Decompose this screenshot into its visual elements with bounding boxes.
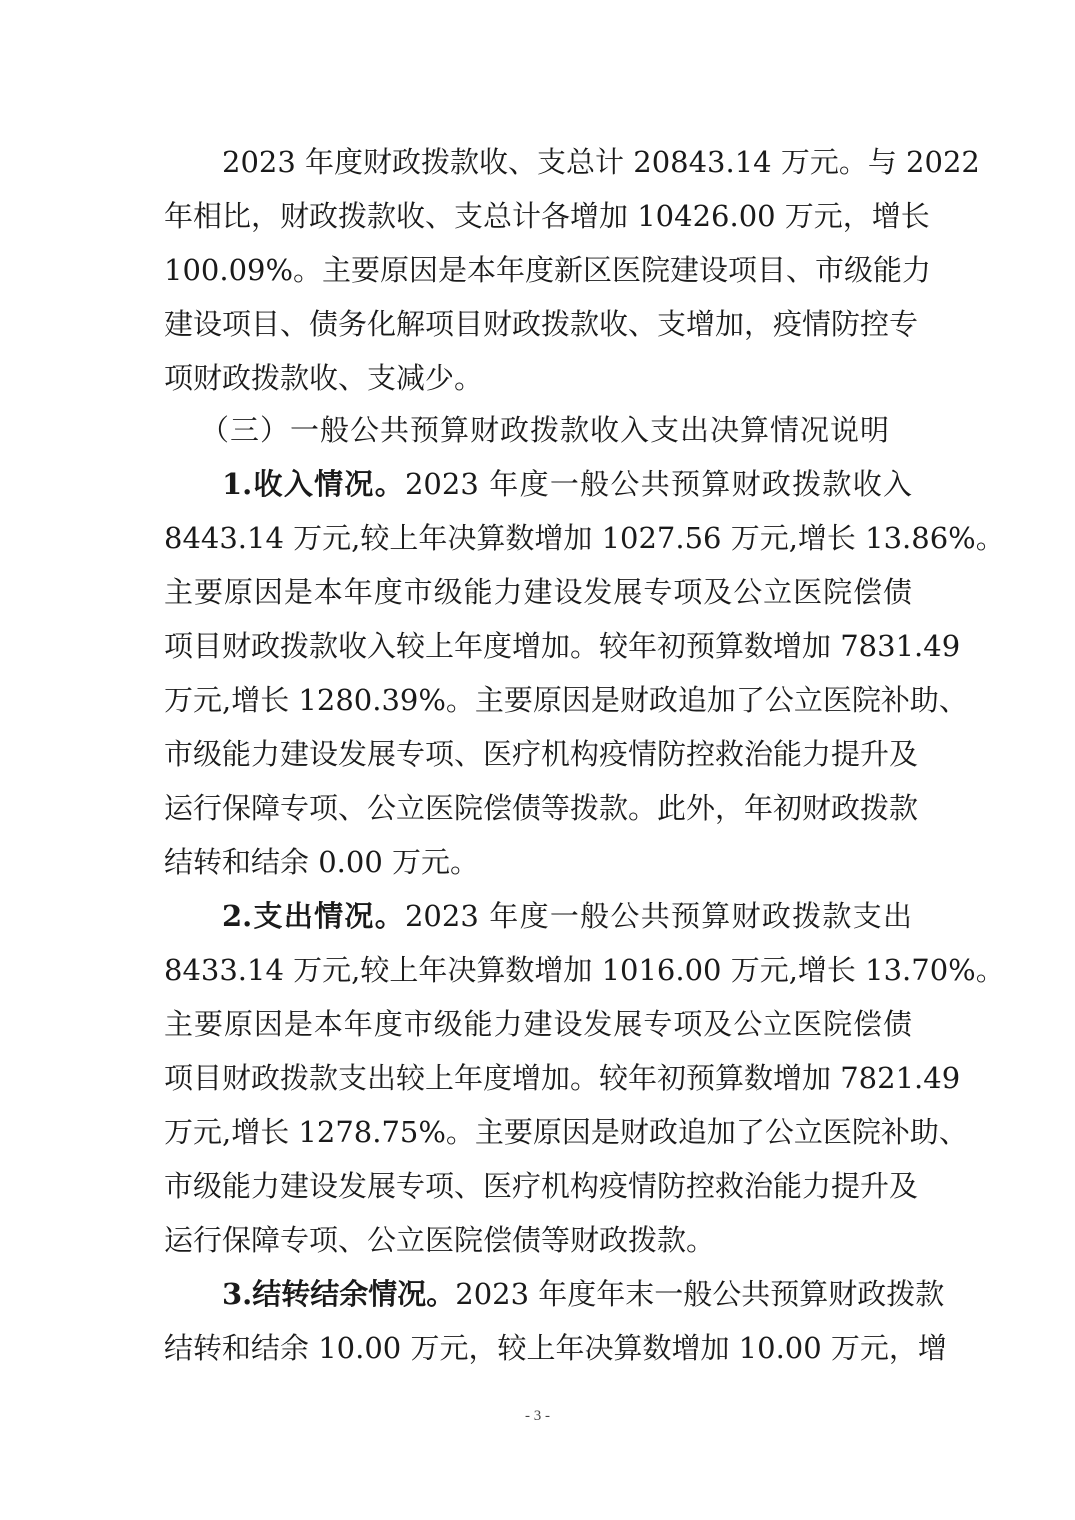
paragraph-line: 市级能力建设发展专项、医疗机构疫情防控救治能力提升及 <box>164 1166 912 1206</box>
income-label: 1.收入情况。 <box>222 467 405 501</box>
paragraph-line: 结转和结余 0.00 万元。 <box>164 842 912 882</box>
document-page: 2023 年度财政拨款收、支总计 20843.14 万元。与 2022 年相比，… <box>0 0 1075 1520</box>
income-first-line: 1.收入情况。2023 年度一般公共预算财政拨款收入 <box>222 464 912 504</box>
paragraph-line: 8433.14 万元,较上年决算数增加 1016.00 万元,增长 13.70%… <box>164 950 912 990</box>
paragraph-line: 8443.14 万元,较上年决算数增加 1027.56 万元,增长 13.86%… <box>164 518 912 558</box>
page-number: - 3 - <box>0 1408 1075 1425</box>
expenditure-label: 2.支出情况。 <box>222 899 405 933</box>
paragraph-line: 运行保障专项、公立医院偿债等财政拨款。 <box>164 1220 912 1260</box>
paragraph-line: 万元,增长 1280.39%。主要原因是财政追加了公立医院补助、 <box>164 680 912 720</box>
paragraph-line: 年相比，财政拨款收、支总计各增加 10426.00 万元，增长 <box>164 196 912 236</box>
paragraph-line: 建设项目、债务化解项目财政拨款收、支增加，疫情防控专 <box>164 304 912 344</box>
carryover-label: 3.结转结余情况。 <box>222 1277 455 1311</box>
carryover-first-line: 3.结转结余情况。2023 年度年末一般公共预算财政拨款 <box>222 1274 912 1314</box>
paragraph-line: 100.09%。主要原因是本年度新区医院建设项目、市级能力 <box>164 250 912 290</box>
paragraph-line: 主要原因是本年度市级能力建设发展专项及公立医院偿债 <box>164 1004 912 1044</box>
paragraph-line: 市级能力建设发展专项、医疗机构疫情防控救治能力提升及 <box>164 734 912 774</box>
paragraph-line: 项目财政拨款支出较上年度增加。较年初预算数增加 7821.49 <box>164 1058 912 1098</box>
paragraph-line: 2023 年度财政拨款收、支总计 20843.14 万元。与 2022 <box>222 142 912 182</box>
expenditure-first-line: 2.支出情况。2023 年度一般公共预算财政拨款支出 <box>222 896 912 936</box>
paragraph-line: 运行保障专项、公立医院偿债等拨款。此外，年初财政拨款 <box>164 788 912 828</box>
paragraph-line: 项目财政拨款收入较上年度增加。较年初预算数增加 7831.49 <box>164 626 912 666</box>
paragraph-line: 主要原因是本年度市级能力建设发展专项及公立医院偿债 <box>164 572 912 612</box>
section-heading: （三）一般公共预算财政拨款收入支出决算情况说明 <box>200 410 890 450</box>
paragraph-line: 项财政拨款收、支减少。 <box>164 358 912 398</box>
income-text: 2023 年度一般公共预算财政拨款收入 <box>405 467 912 501</box>
paragraph-line: 结转和结余 10.00 万元，较上年决算数增加 10.00 万元，增 <box>164 1328 912 1368</box>
expenditure-text: 2023 年度一般公共预算财政拨款支出 <box>405 899 912 933</box>
paragraph-line: 万元,增长 1278.75%。主要原因是财政追加了公立医院补助、 <box>164 1112 912 1152</box>
carryover-text: 2023 年度年末一般公共预算财政拨款 <box>455 1277 944 1311</box>
